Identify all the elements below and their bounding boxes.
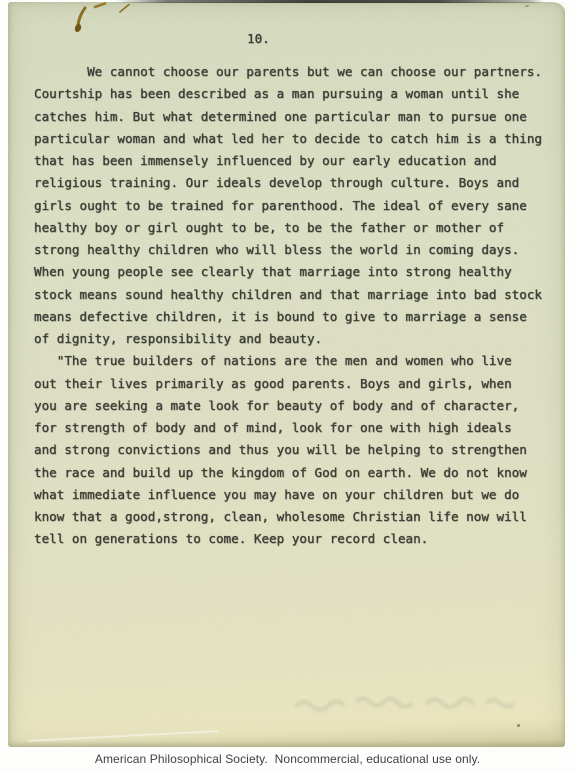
credit-caption: American Philosophical Society. Noncomme… [0,752,575,767]
scanner-edge-shadow [115,0,545,3]
screenshot-root: { "page": { "number": "10.", "paragraphs… [0,0,575,772]
scanned-document-page: 10. We cannot choose our parents but we … [8,2,565,747]
paper-texture [8,2,565,747]
